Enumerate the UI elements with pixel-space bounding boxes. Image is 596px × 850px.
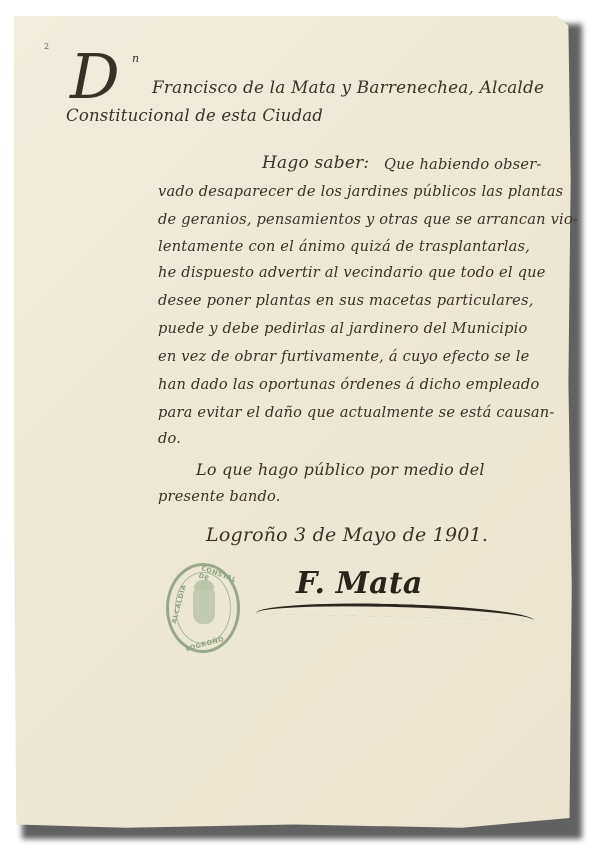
header-line-1: Francisco de la Mata y Barrenechea, Alca… [152, 78, 544, 97]
body-line: he dispuesto advertir al vecindario que … [158, 264, 546, 281]
body-line: para evitar el daño que actualmente se e… [158, 404, 555, 421]
signature: F. Mata [296, 566, 423, 601]
body-line: do. [158, 430, 181, 447]
body-line: vado desaparecer de los jardines público… [158, 183, 563, 200]
date-line: Logroño 3 de Mayo de 1901. [206, 524, 488, 546]
body-line: han dado las oportunas órdenes á dicho e… [158, 376, 539, 393]
municipal-seal: CONSTAL DE ALCALDIA LOGROÑO [166, 563, 240, 653]
body-line: puede y debe pedirlas al jardinero del M… [158, 320, 528, 337]
header-superscript: n [132, 52, 139, 65]
body-line: lentamente con el ánimo quizá de traspla… [158, 238, 530, 255]
body-opening: Hago saber: [262, 153, 369, 173]
header-line-2: Constitucional de esta Ciudad [66, 106, 323, 125]
coat-of-arms-icon [193, 590, 215, 624]
body-line: desee poner plantas en sus macetas parti… [158, 292, 534, 309]
closing-line: presente bando. [158, 488, 281, 505]
body-line: en vez de obrar furtivamente, á cuyo efe… [158, 348, 529, 365]
body-line: Que habiendo obser- [384, 156, 542, 173]
header-initial: D [70, 40, 120, 113]
body-line: de geranios, pensamientos y otras que se… [158, 211, 578, 228]
closing-line: Lo que hago público por medio del [196, 460, 485, 479]
document-paper [14, 16, 574, 831]
folio-mark: 2 [44, 42, 49, 51]
